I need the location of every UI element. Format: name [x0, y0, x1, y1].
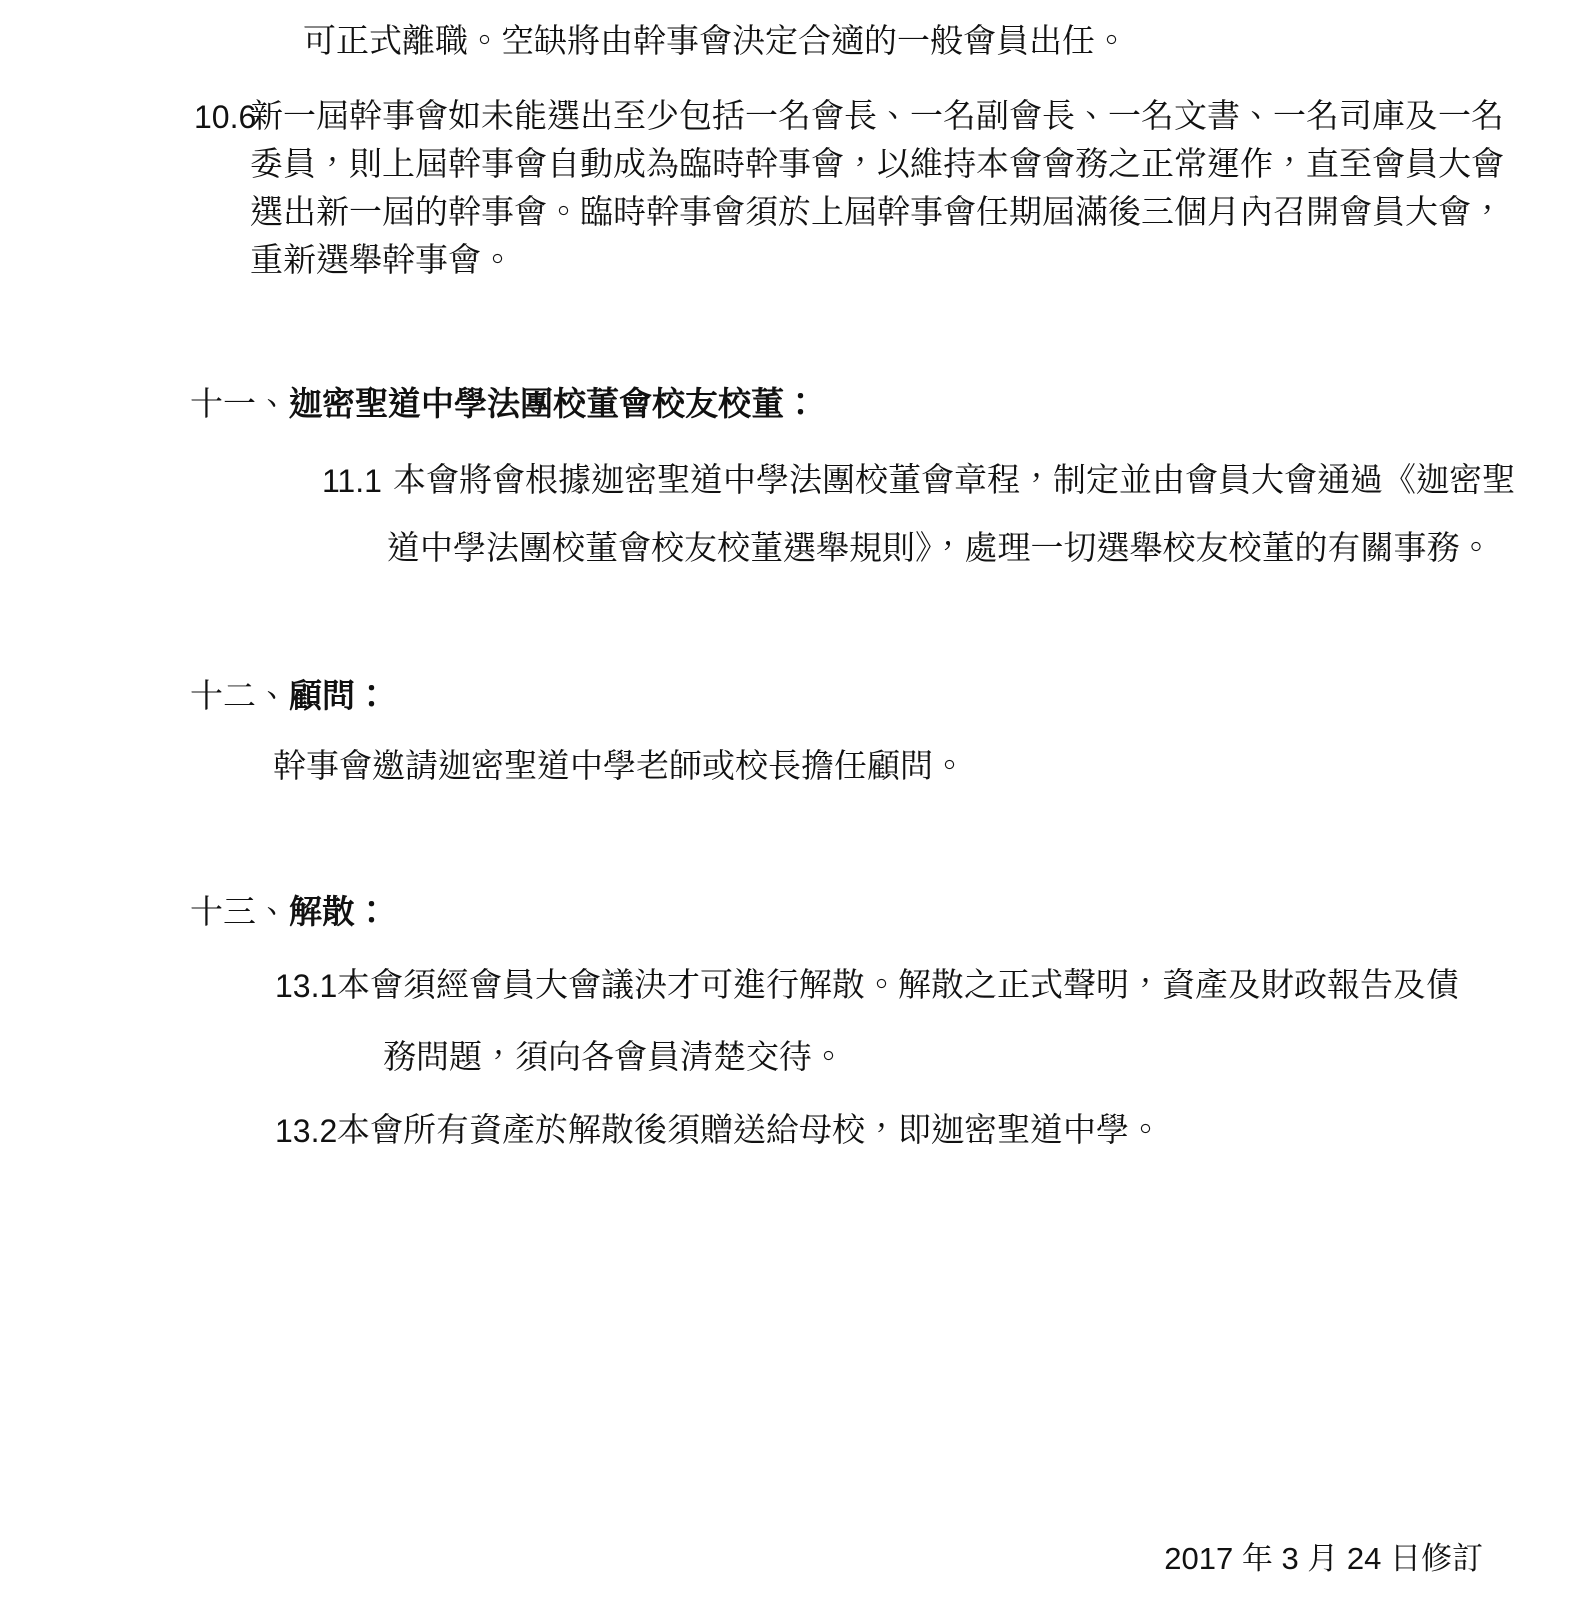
clause-11-1-line-2: 道中學法團校董會校友校董選舉規則》，處理一切選舉校友校董的有關事務。: [387, 529, 1493, 569]
section-12-heading: 十二、顧問：: [190, 676, 388, 718]
clause-10-6-line-2: 委員，則上屆幹事會自動成為臨時幹事會，以維持本會會務之正常運作，直至會員大會: [250, 145, 1504, 185]
clause-11-1-line-1: 本會將會根據迦密聖道中學法團校董會章程，制定並由會員大會通過《迦密聖: [393, 461, 1515, 501]
clause-11-1-number: 11.1: [322, 461, 382, 502]
clause-10-6-line-3: 選出新一屆的幹事會。臨時幹事會須於上屆幹事會任期屆滿後三個月內召開會員大會，: [250, 193, 1504, 233]
clause-13-1-line-1: 本會須經會員大會議決才可進行解散。解散之正式聲明，資產及財政報告及債: [337, 966, 1459, 1006]
clause-13-2-text: 本會所有資產於解散後須贈送給母校，即迦密聖道中學。: [337, 1111, 1162, 1151]
clause-10-6-line-4: 重新選舉幹事會。: [250, 241, 514, 281]
clause-number-label: 11.1: [322, 463, 382, 499]
clause-number-label: 13.1: [275, 968, 337, 1004]
clause-number-label: 13.2: [275, 1113, 337, 1149]
clause-13-2-number: 13.2: [275, 1111, 337, 1152]
document-page: 可正式離職。空缺將由幹事會決定合適的一般會員出任。 10.6 新一屆幹事會如未能…: [0, 0, 1595, 1600]
section-13-prefix: 十三、: [190, 895, 289, 931]
clause-number-label: 10.6: [194, 99, 256, 135]
clause-10-5-continuation-text: 可正式離職。空缺將由幹事會決定合適的一般會員出任。: [303, 22, 1128, 62]
revision-date: 2017 年 3 月 24 日修訂: [1164, 1538, 1483, 1580]
clause-10-6-line-1: 新一屆幹事會如未能選出至少包括一名會長、一名副會長、一名文書、一名司庫及一名: [250, 97, 1504, 137]
section-11-heading: 十一、迦密聖道中學法團校董會校友校董：: [190, 384, 817, 426]
section-13-title: 解散：: [289, 895, 388, 931]
section-12-body-text: 幹事會邀請迦密聖道中學老師或校長擔任顧問。: [273, 747, 966, 787]
section-11-title: 迦密聖道中學法團校董會校友校董：: [289, 387, 817, 423]
clause-13-1-number: 13.1: [275, 966, 337, 1007]
section-12-prefix: 十二、: [190, 679, 289, 715]
clause-13-1-line-2: 務問題，須向各會員清楚交待。: [383, 1038, 845, 1078]
section-13-heading: 十三、解散：: [190, 892, 388, 934]
section-12-title: 顧問：: [289, 679, 388, 715]
section-11-prefix: 十一、: [190, 387, 289, 423]
clause-10-6-number: 10.6: [194, 97, 256, 138]
